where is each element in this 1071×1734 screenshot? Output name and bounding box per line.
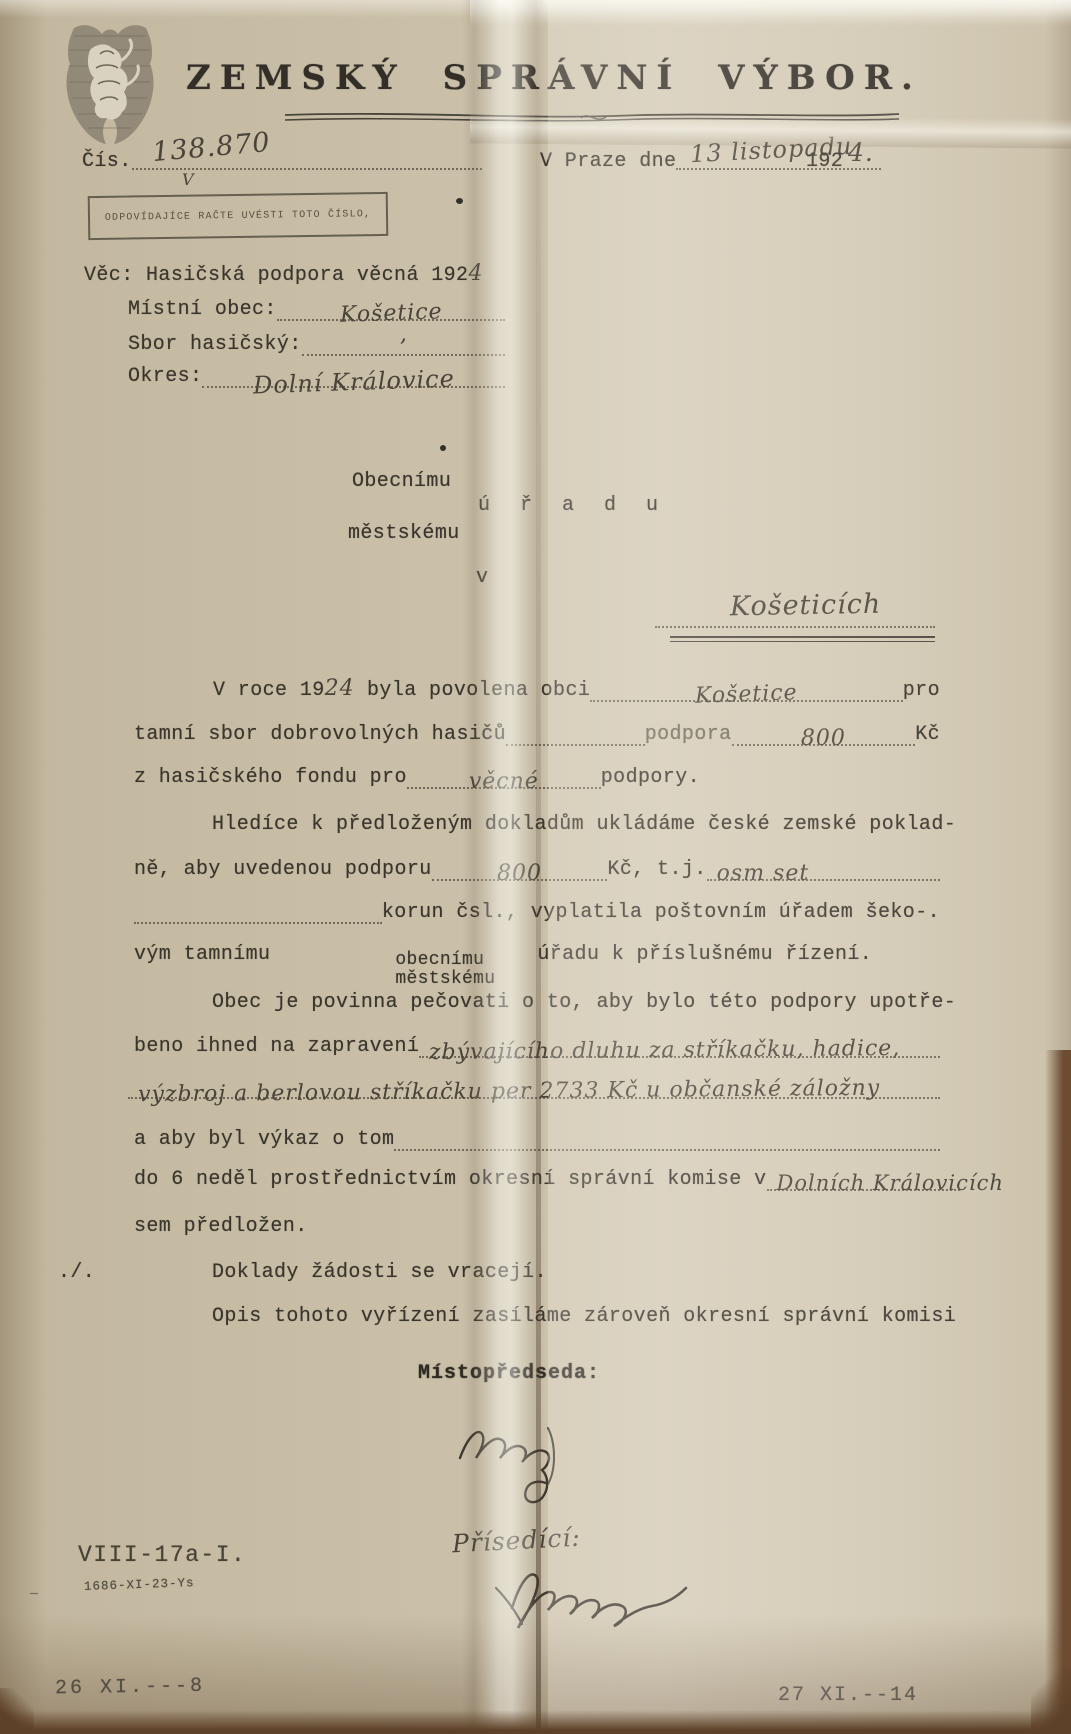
body-line: V roce 19 24 byla povolena obci Košetice… — [213, 678, 940, 702]
handwritten-purpose-2: výzbroj a berlovou stříkačku per 2733 Kč… — [138, 1078, 880, 1106]
print-code: 1686-XI-23-Ys — [84, 1576, 195, 1594]
ink-speck — [456, 198, 463, 204]
ref-number-denominator: V — [182, 172, 195, 188]
ref-number-value: 138.870 — [151, 129, 272, 166]
place-date-label: V Praze dne — [540, 150, 676, 173]
fire-brigade-line: Sbor hasičský: ’ — [128, 333, 505, 356]
vice-chairman-signature-scribble — [452, 1408, 582, 1506]
body-text: V roce 19 — [213, 679, 325, 702]
body-line: vým tamnímu obecnímu městskému úřadu k p… — [134, 943, 940, 984]
reply-reference-stamp: ODPOVÍDAJÍCE RAČTE UVÉSTI TOTO ČÍSLO, — [88, 192, 389, 240]
table-corner-bottom-right — [1031, 1668, 1071, 1734]
subject-year-handwritten: 4 — [468, 263, 483, 285]
date-stamp-left: 26 XI.---8 — [55, 1675, 205, 1701]
body-line: Doklady žádosti se vracejí. — [212, 1261, 547, 1284]
date-year-printed: 192 — [806, 150, 843, 173]
crossed-alternative-words: obecnímu městskému — [395, 951, 495, 989]
body-text: z hasičského fondu pro — [134, 766, 407, 789]
addressee-word-3: městskému — [348, 522, 460, 545]
body-text: beno ihned na zapravení — [134, 1035, 419, 1058]
addressee-city-double-underline — [670, 636, 935, 642]
body-line: ně, aby uvedenou podporu 800 Kč, t.j. os… — [134, 858, 940, 881]
handwritten-year: 24 — [325, 678, 355, 700]
date-stamp-right: 27 XI.--14 — [778, 1684, 918, 1707]
coat-of-arms-lion-icon — [60, 20, 160, 148]
table-corner-bottom-left — [0, 1688, 34, 1734]
body-line: sem předložen. — [134, 1215, 308, 1238]
addressee-city-dotted-line — [655, 626, 935, 628]
subject-printed: Věc: Hasičská podpora věcná 192 — [84, 264, 468, 287]
subject-line: Věc: Hasičská podpora věcná 192 4 — [84, 263, 504, 287]
body-line: z hasičského fondu pro věcné podpory. — [134, 766, 700, 789]
district-value: Dolní Královice — [252, 366, 455, 397]
local-municipality-label: Místní obec: — [128, 298, 277, 321]
body-text: pro — [903, 679, 940, 702]
addressee-word-1: Obecnímu — [352, 470, 451, 493]
body-text: korun čsl., vyplatila poštovním úřadem š… — [382, 901, 940, 924]
district-line: Okres: Dolní Královice — [128, 365, 505, 388]
local-municipality-line: Místní obec: Košetice — [128, 298, 505, 321]
body-text: Kč — [915, 723, 940, 746]
handwritten-purpose-1: zbývajícího dluhu za stříkačku, hadice, — [429, 1038, 900, 1064]
reply-reference-stamp-text: ODPOVÍDAJÍCE RAČTE UVÉSTI TOTO ČÍSLO, — [105, 209, 372, 224]
top-edge-highlight — [470, 0, 1071, 26]
body-line: a aby byl výkaz o tom — [134, 1128, 940, 1151]
form-code: VIII-17a-I. — [78, 1542, 246, 1568]
enclosure-mark: ./. — [58, 1261, 95, 1284]
body-text: tamní sbor dobrovolných hasičů — [134, 723, 506, 746]
body-text: vým tamnímu — [134, 943, 270, 966]
body-text: a aby byl výkaz o tom — [134, 1128, 394, 1151]
date-line — [676, 168, 881, 170]
handwritten-district-town: Dolních Královicích — [777, 1173, 1004, 1194]
district-label: Okres: — [128, 365, 202, 388]
body-line: do 6 neděl prostřednictvím okresní správ… — [134, 1168, 960, 1191]
table-edge-right — [1045, 1050, 1071, 1734]
body-text: Kč, t.j. — [607, 858, 706, 881]
handwritten-amount: 800 — [801, 728, 846, 750]
assessor-signature-scribble — [486, 1560, 704, 1638]
body-line: výzbroj a berlovou stříkačku per 2733 Kč… — [128, 1081, 940, 1099]
letterhead-title: ZEMSKÝ SPRÁVNÍ VÝBOR. — [186, 58, 922, 98]
letterhead-rule — [283, 110, 901, 124]
body-line: Obec je povinna pečovati o to, aby bylo … — [212, 991, 956, 1014]
body-text: městskému — [395, 970, 495, 989]
body-text: byla povolena obci — [355, 679, 591, 702]
handwritten-amount-words: osm set — [717, 863, 810, 885]
fire-brigade-label: Sbor hasičský: — [128, 333, 302, 356]
handwritten-amount: 800 — [497, 863, 542, 885]
body-line: Hledíce k předloženým dokladům ukládáme … — [212, 813, 956, 836]
date-year-digit: 4. — [848, 140, 874, 165]
body-line: tamní sbor dobrovolných hasičů podpora 8… — [134, 723, 940, 746]
table-edge-bottom — [0, 1710, 1071, 1734]
body-text: podpora — [645, 723, 732, 746]
body-text: úřadu k příslušnému řízení. — [537, 943, 872, 966]
assessor-label-handwritten: Přísedící: — [451, 1525, 581, 1557]
addressee-city: Košeticích — [730, 591, 882, 621]
body-text: do 6 neděl prostřednictvím okresní správ… — [134, 1168, 767, 1191]
vice-chairman-label: Místopředseda: — [418, 1362, 600, 1385]
fire-brigade-value: ’ — [399, 338, 407, 360]
body-line: korun čsl., vyplatila poštovním úřadem š… — [134, 901, 940, 924]
body-text: podpory. — [601, 766, 700, 789]
body-line: Opis tohoto vyřízení zasíláme zároveň ok… — [212, 1305, 956, 1328]
handwritten-municipality: Košetice — [695, 682, 798, 708]
addressee-word-4: v — [476, 566, 488, 589]
ref-number-label: Čís. — [82, 150, 132, 173]
body-line: beno ihned na zapravení zbývajícího dluh… — [134, 1035, 940, 1058]
addressee-word-2: ú ř a d u — [478, 494, 667, 517]
scanned-document-page: ZEMSKÝ SPRÁVNÍ VÝBOR. Čís. 138.870 V V P… — [0, 0, 1071, 1734]
body-text: obecnímu — [395, 951, 495, 970]
local-municipality-value: Košetice — [339, 301, 442, 327]
ink-speck — [440, 445, 446, 451]
handwritten-support-type: věcné — [469, 771, 539, 793]
body-text: ně, aby uvedenou podporu — [134, 858, 432, 881]
print-code-dash: — — [30, 1586, 38, 1601]
